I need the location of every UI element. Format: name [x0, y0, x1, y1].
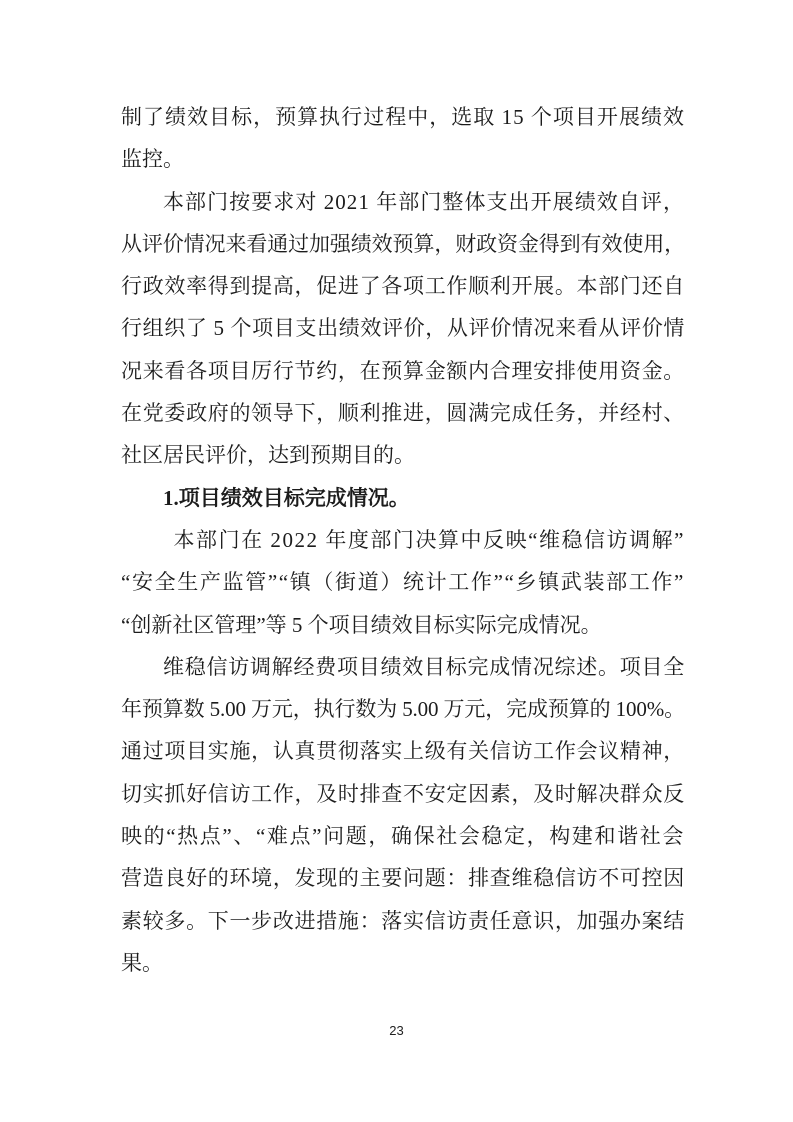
text-line: “创新社区管理”等 5 个项目绩效目标实际完成情况。 [121, 604, 685, 646]
text-line: 果。 [121, 942, 685, 984]
text-line-content: 监控。 [121, 147, 184, 171]
text-line-content: 素较多。下一步改进措施：落实信访责任意识，加强办案结 [121, 909, 685, 933]
text-line: 行组织了 5 个项目支出绩效评价，从评价情况来看从评价情 [121, 307, 685, 349]
text-line: 维稳信访调解经费项目绩效目标完成情况综述。项目全 [121, 646, 685, 688]
text-line-content: 社区居民评价，达到预期目的。 [121, 443, 415, 467]
page-number: 23 [0, 1023, 793, 1038]
text-line: 映的“热点”、“难点”问题，确保社会稳定，构建和谐社会 [121, 815, 685, 857]
text-line: 1.项目绩效目标完成情况。 [121, 477, 685, 519]
text-line-content: 维稳信访调解经费项目绩效目标完成情况综述。项目全 [163, 655, 685, 679]
text-line: 制了绩效目标，预算执行过程中，选取 15 个项目开展绩效 [121, 96, 685, 138]
text-line: 在党委政府的领导下，顺利推进，圆满完成任务，并经村、 [121, 392, 685, 434]
text-line-content: “安全生产监管”“镇（街道）统计工作”“乡镇武装部工作” [121, 570, 685, 594]
text-line-content: 本部门在 2022 年度部门决算中反映“维稳信访调解” [174, 528, 686, 552]
text-line: “安全生产监管”“镇（街道）统计工作”“乡镇武装部工作” [121, 561, 685, 603]
text-line-content: 在党委政府的领导下，顺利推进，圆满完成任务，并经村、 [121, 401, 685, 425]
document-body: 制了绩效目标，预算执行过程中，选取 15 个项目开展绩效监控。本部门按要求对 2… [121, 96, 685, 984]
text-line-content: 况来看各项目厉行节约，在预算金额内合理安排使用资金。 [121, 359, 685, 383]
text-line: 况来看各项目厉行节约，在预算金额内合理安排使用资金。 [121, 350, 685, 392]
text-line: 本部门按要求对 2021 年部门整体支出开展绩效自评， [121, 181, 685, 223]
text-line-content: 年预算数 5.00 万元，执行数为 5.00 万元，完成预算的 100%。 [121, 697, 685, 721]
text-line-content: 营造良好的环境，发现的主要问题：排查维稳信访不可控因 [121, 866, 685, 890]
text-line: 行政效率得到提高，促进了各项工作顺利开展。本部门还自 [121, 265, 685, 307]
text-line-content: 果。 [121, 951, 163, 975]
text-line: 社区居民评价，达到预期目的。 [121, 434, 685, 476]
text-line-content: 通过项目实施，认真贯彻落实上级有关信访工作会议精神， [121, 739, 685, 763]
text-line: 营造良好的环境，发现的主要问题：排查维稳信访不可控因 [121, 857, 685, 899]
text-line: 通过项目实施，认真贯彻落实上级有关信访工作会议精神， [121, 730, 685, 772]
text-line-content: 切实抓好信访工作，及时排查不安定因素，及时解决群众反 [121, 782, 685, 806]
text-line-content: 制了绩效目标，预算执行过程中，选取 15 个项目开展绩效 [121, 105, 685, 129]
text-line-content: 行政效率得到提高，促进了各项工作顺利开展。本部门还自 [121, 274, 685, 298]
text-line-content: 行组织了 5 个项目支出绩效评价，从评价情况来看从评价情 [121, 316, 685, 340]
text-line-content: 从评价情况来看通过加强绩效预算，财政资金得到有效使用， [121, 232, 685, 256]
text-line: 切实抓好信访工作，及时排查不安定因素，及时解决群众反 [121, 773, 685, 815]
text-line: 素较多。下一步改进措施：落实信访责任意识，加强办案结 [121, 900, 685, 942]
text-line: 监控。 [121, 138, 685, 180]
text-line-content: 1.项目绩效目标完成情况。 [163, 486, 410, 510]
text-line: 从评价情况来看通过加强绩效预算，财政资金得到有效使用， [121, 223, 685, 265]
text-line-content: 映的“热点”、“难点”问题，确保社会稳定，构建和谐社会 [121, 824, 685, 848]
document-page: 制了绩效目标，预算执行过程中，选取 15 个项目开展绩效监控。本部门按要求对 2… [0, 0, 793, 1122]
text-line: 年预算数 5.00 万元，执行数为 5.00 万元，完成预算的 100%。 [121, 688, 685, 730]
text-line-content: 本部门按要求对 2021 年部门整体支出开展绩效自评， [163, 190, 685, 214]
text-line-content: “创新社区管理”等 5 个项目绩效目标实际完成情况。 [121, 613, 602, 637]
text-line: 本部门在 2022 年度部门决算中反映“维稳信访调解” [121, 519, 685, 561]
